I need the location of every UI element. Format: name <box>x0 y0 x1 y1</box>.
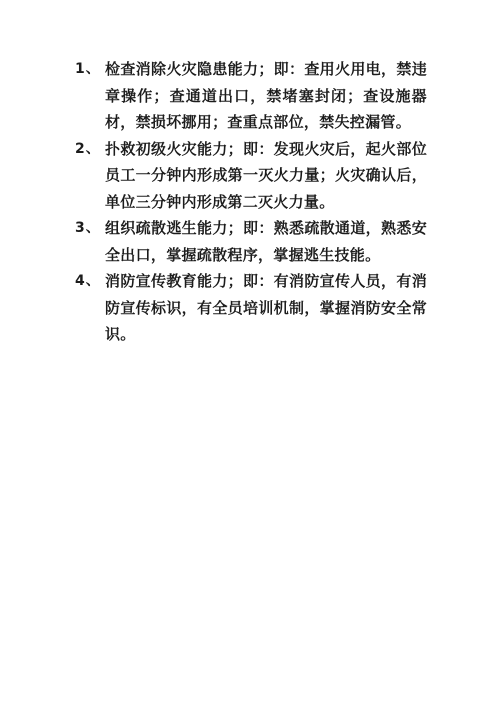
list-item-number: 3、 <box>75 215 105 242</box>
list-item-text: 扑救初级火灾能力；即：发现火灾后，起火部位员工一分钟内形成第一灭火力量；火灾确认… <box>105 136 427 216</box>
list-item-number: 4、 <box>75 268 105 295</box>
list-item-text: 检查消除火灾隐患能力；即：查用火用电，禁违章操作；查通道出口，禁堵塞封闭；查设施… <box>105 56 427 136</box>
list-item-number: 2、 <box>75 136 105 163</box>
list-item: 3、 组织疏散逃生能力；即：熟悉疏散通道，熟悉安全出口，掌握疏散程序，掌握逃生技… <box>75 215 427 268</box>
list-item: 2、 扑救初级火灾能力；即：发现火灾后，起火部位员工一分钟内形成第一灭火力量；火… <box>75 136 427 216</box>
list-item-text: 消防宣传教育能力；即：有消防宣传人员，有消防宣传标识，有全员培训机制，掌握消防安… <box>105 268 427 348</box>
list-item-text: 组织疏散逃生能力；即：熟悉疏散通道，熟悉安全出口，掌握疏散程序，掌握逃生技能。 <box>105 215 427 268</box>
numbered-list: 1、 检查消除火灾隐患能力；即：查用火用电，禁违章操作；查通道出口，禁堵塞封闭；… <box>75 56 427 348</box>
list-item-number: 1、 <box>75 56 105 83</box>
list-item: 4、 消防宣传教育能力；即：有消防宣传人员，有消防宣传标识，有全员培训机制，掌握… <box>75 268 427 348</box>
document-page: 1、 检查消除火灾隐患能力；即：查用火用电，禁违章操作；查通道出口，禁堵塞封闭；… <box>0 0 500 707</box>
list-item: 1、 检查消除火灾隐患能力；即：查用火用电，禁违章操作；查通道出口，禁堵塞封闭；… <box>75 56 427 136</box>
